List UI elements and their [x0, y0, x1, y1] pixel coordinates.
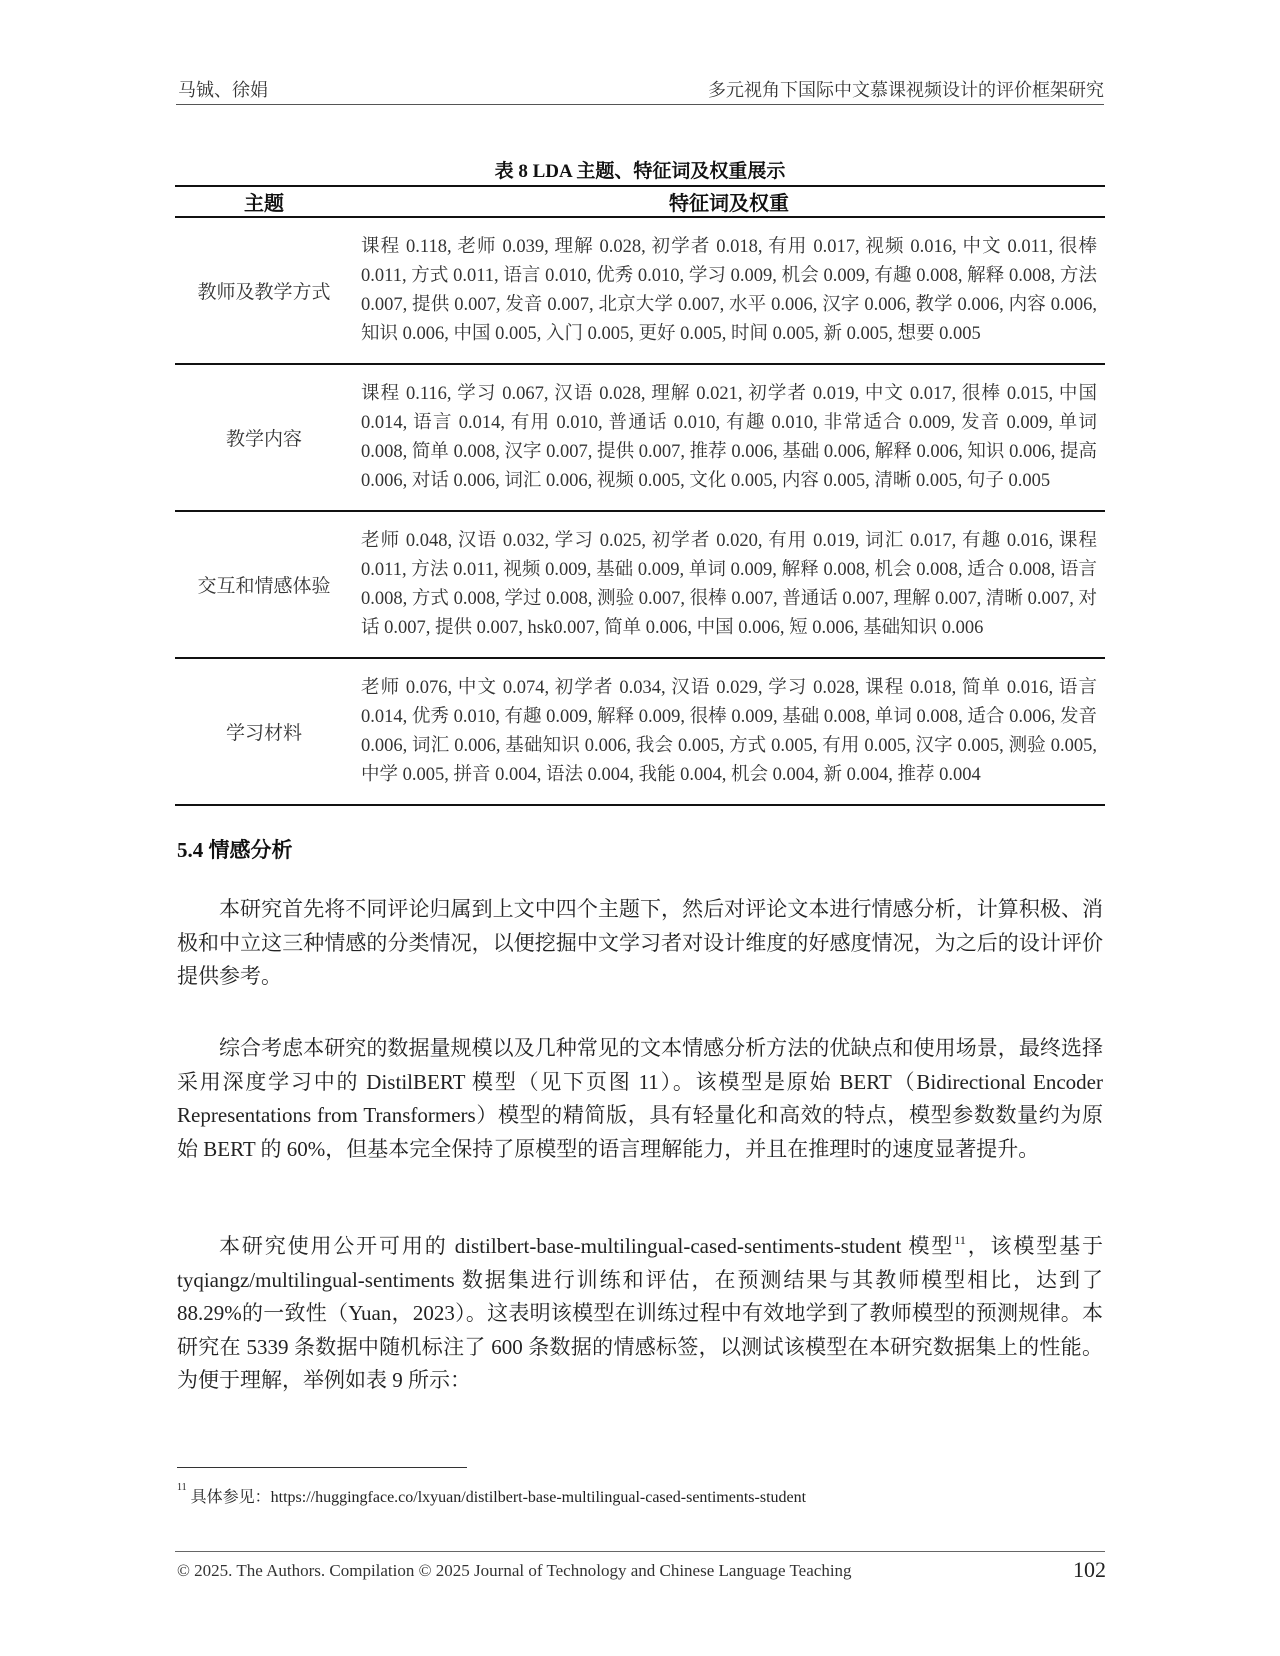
paragraph-text: 本研究使用公开可用的 distilbert-base-multilingual-…: [219, 1234, 954, 1258]
topic-cell: 学习材料: [175, 658, 353, 805]
paragraph: 综合考虑本研究的数据量规模以及几种常见的文本情感分析方法的优缺点和使用场景，最终…: [177, 1032, 1103, 1166]
table-caption: 表 8 LDA 主题、特征词及权重展示: [176, 156, 1104, 183]
footnote-number: 11: [177, 1482, 187, 1493]
footer-copyright: © 2025. The Authors. Compilation © 2025 …: [177, 1561, 852, 1581]
words-cell: 老师 0.048, 汉语 0.032, 学习 0.025, 初学者 0.020,…: [353, 511, 1105, 658]
words-cell: 课程 0.116, 学习 0.067, 汉语 0.028, 理解 0.021, …: [353, 364, 1105, 511]
table-row: 学习材料 老师 0.076, 中文 0.074, 初学者 0.034, 汉语 0…: [175, 658, 1105, 805]
running-head-title: 多元视角下国际中文慕课视频设计的评价框架研究: [708, 76, 1104, 102]
paragraph: 本研究使用公开可用的 distilbert-base-multilingual-…: [177, 1230, 1103, 1398]
section-heading: 5.4 情感分析: [177, 834, 293, 864]
words-cell: 老师 0.076, 中文 0.074, 初学者 0.034, 汉语 0.029,…: [353, 658, 1105, 805]
footnote-ref[interactable]: 11: [954, 1233, 966, 1247]
table-header-row: 主题 特征词及权重: [175, 186, 1105, 217]
header-topic: 主题: [175, 186, 353, 217]
paragraph: 本研究首先将不同评论归属到上文中四个主题下，然后对评论文本进行情感分析，计算积极…: [177, 893, 1103, 994]
topic-cell: 交互和情感体验: [175, 511, 353, 658]
footnote-text: 具体参见：https://huggingface.co/lxyuan/disti…: [187, 1489, 806, 1506]
running-head-authors: 马铖、徐娟: [178, 76, 268, 102]
running-head: 马铖、徐娟 多元视角下国际中文慕课视频设计的评价框架研究: [176, 76, 1104, 105]
footer-divider: [175, 1551, 1105, 1552]
header-words: 特征词及权重: [353, 186, 1105, 217]
topic-cell: 教学内容: [175, 364, 353, 511]
topic-cell: 教师及教学方式: [175, 217, 353, 364]
page-number: 102: [1073, 1557, 1106, 1583]
lda-topic-table: 主题 特征词及权重 教师及教学方式 课程 0.118, 老师 0.039, 理解…: [175, 185, 1105, 806]
table-row: 教师及教学方式 课程 0.118, 老师 0.039, 理解 0.028, 初学…: [175, 217, 1105, 364]
table-row: 教学内容 课程 0.116, 学习 0.067, 汉语 0.028, 理解 0.…: [175, 364, 1105, 511]
footnote: 11 具体参见：https://huggingface.co/lxyuan/di…: [177, 1484, 806, 1507]
footnote-divider: [177, 1467, 467, 1468]
words-cell: 课程 0.118, 老师 0.039, 理解 0.028, 初学者 0.018,…: [353, 217, 1105, 364]
table-row: 交互和情感体验 老师 0.048, 汉语 0.032, 学习 0.025, 初学…: [175, 511, 1105, 658]
